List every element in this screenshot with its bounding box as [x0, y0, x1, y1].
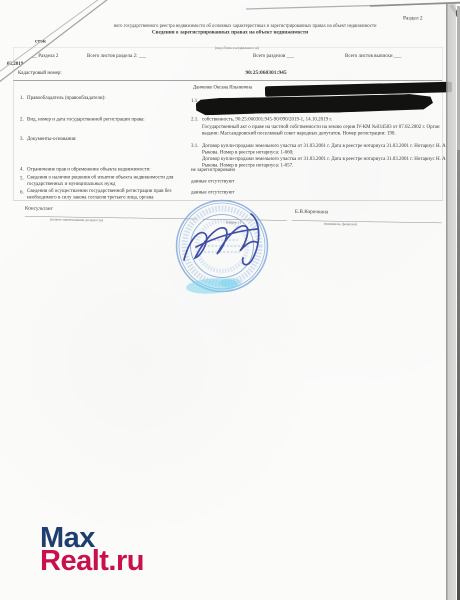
object-type-fragment: сток [35, 38, 46, 44]
row-number: 1. [20, 95, 24, 101]
signature-row: Консультант (полное наименование должнос… [0, 204, 460, 241]
row-value: данные отсутствуют [191, 190, 234, 196]
signature-line [292, 220, 442, 223]
row-number: 3. [20, 136, 24, 142]
section-label: Раздел 2 [403, 15, 423, 22]
row-number: 4. [20, 167, 24, 173]
basis-document-3: Договор купли-продажи земельного участка… [202, 156, 449, 169]
signature-line [203, 219, 287, 221]
document-title-line1: ного государственного реестра недвижимос… [40, 24, 450, 30]
row-number: 6. [20, 190, 24, 196]
cadastral-label: Кадастровый номер: [18, 70, 62, 76]
extract-sheets-total: Всего листов выписки ___ [345, 53, 401, 59]
basis-document-1: Государственный акт о праве на частной с… [202, 124, 449, 137]
row-number: 5. [20, 176, 24, 182]
scan-edge-right [446, 4, 456, 600]
row-label: Правообладатель (правообладатели): [27, 95, 192, 101]
row-number: 2. [20, 117, 24, 123]
row-value: данные отсутствуют [191, 179, 234, 185]
position-caption: (полное наименование должности) [50, 217, 104, 222]
document-title-line2: Сведения о зарегистрированных правах на … [20, 30, 440, 36]
basis-document-2: Договор купли-продажи земельного участка… [202, 143, 449, 156]
registration-record: собственность, 90:25:060301:945-90/090/2… [202, 117, 450, 123]
rightholder-name: Данченко Оксана Ильинична [193, 85, 252, 91]
name-caption: (инициалы, фамилия) [324, 222, 357, 227]
maxrealt-logo: Max Realt.ru [40, 527, 144, 573]
extract-date: 03.2019 [7, 61, 23, 67]
row-value: не зарегистрировано [191, 167, 235, 173]
logo-realt-ru: Realt.ru [40, 550, 144, 573]
sheet-number: __ Раздела 2 [32, 53, 58, 59]
sign-caption: (подпись) [226, 220, 241, 224]
row-label: Ограничение прав и обременение объекта н… [27, 167, 197, 173]
sheets-in-section: Всего листов раздела 2: ___ [87, 53, 146, 59]
row-item-number: 3.1. [191, 143, 199, 149]
signer-name: Е.В.Корочкина [295, 209, 329, 215]
cadastral-number: 90:25:060301:945 [196, 70, 336, 76]
document-scan: Раздел 2 ного государственного реестра н… [0, 0, 460, 600]
row-item-number: 2.1. [191, 117, 199, 123]
row-label: Вид, номер и дата государственной регист… [27, 117, 192, 123]
row-label: Сведения о наличии решения об изъятии об… [27, 175, 192, 188]
signer-position: Консультант [25, 206, 53, 212]
row-label: Сведения об осуществлении государственно… [27, 188, 192, 201]
egrn-extract-page: Раздел 2 ного государственного реестра н… [0, 0, 460, 600]
row-label: Документы-основания: [27, 136, 192, 142]
sections-total: Всего разделов ___ [253, 53, 294, 59]
